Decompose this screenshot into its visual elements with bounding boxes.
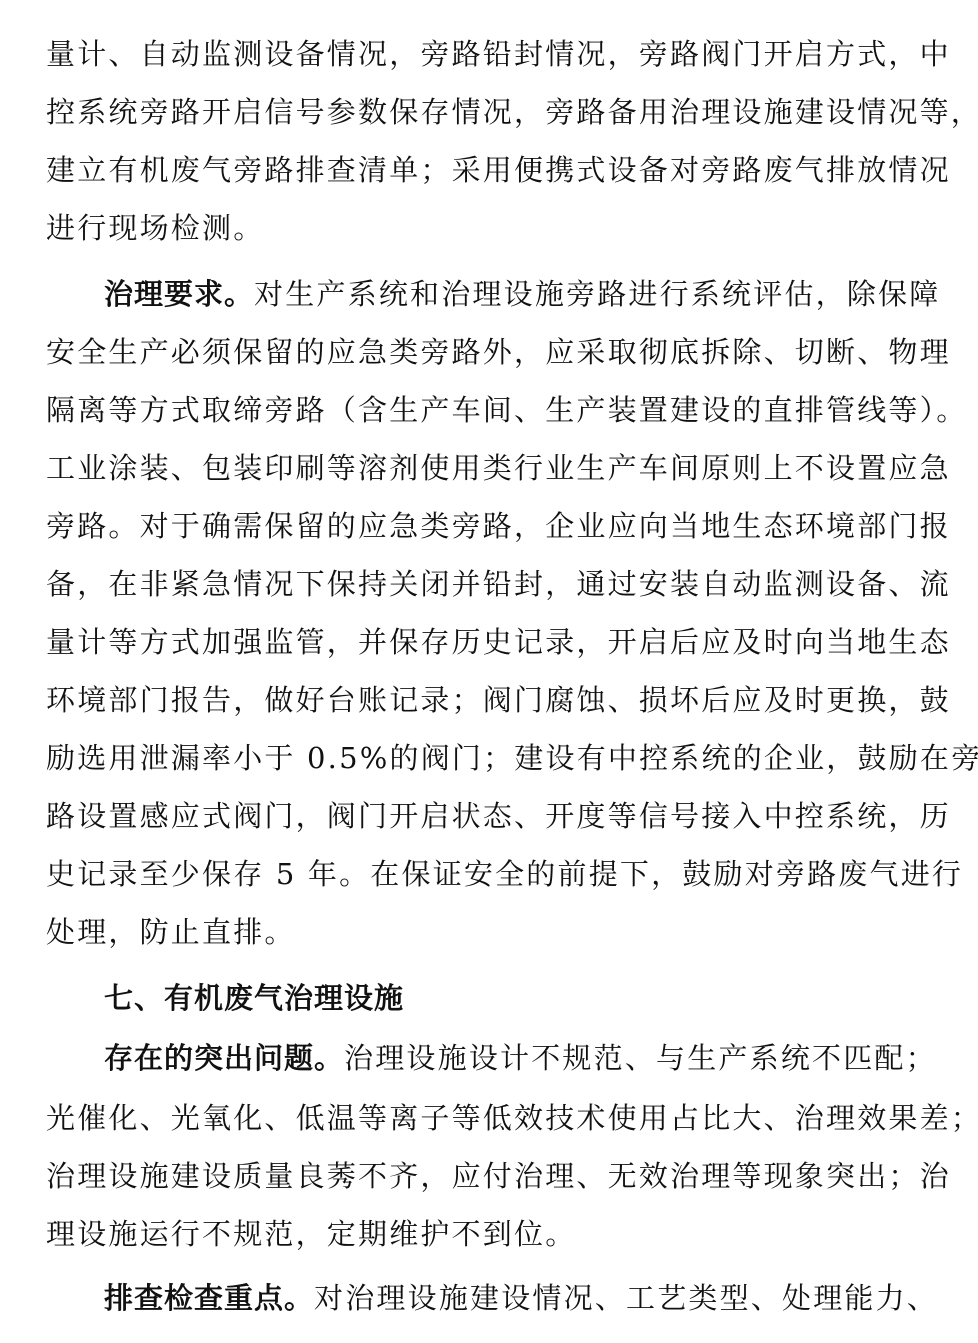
text-line: 进行现场检测。: [46, 208, 936, 248]
text-line: 处理，防止直排。: [46, 912, 936, 952]
paragraph-lead: 治理要求。: [104, 277, 254, 311]
section-heading: 七、有机废气治理设施: [104, 978, 936, 1018]
text-line: 励选用泄漏率小于 0.5%的阀门；建设有中控系统的企业，鼓励在旁: [46, 738, 936, 778]
text-line: 工业涂装、包装印刷等溶剂使用类行业生产车间原则上不设置应急: [46, 448, 936, 488]
paragraph-lead: 存在的突出问题。: [104, 1041, 344, 1075]
text-line: 治理设施建设质量良莠不齐，应付治理、无效治理等现象突出；治: [46, 1156, 936, 1196]
text-line: 路设置感应式阀门，阀门开启状态、开度等信号接入中控系统，历: [46, 796, 936, 836]
text-line: 环境部门报告，做好台账记录；阀门腐蚀、损坏后应及时更换，鼓: [46, 680, 936, 720]
text-line: 光催化、光氧化、低温等离子等低效技术使用占比大、治理效果差；: [46, 1098, 936, 1138]
paragraph-lead: 排查检查重点。: [104, 1281, 314, 1315]
text-line: 理设施运行不规范，定期维护不到位。: [46, 1214, 936, 1254]
text-line: 量计、自动监测设备情况，旁路铅封情况，旁路阀门开启方式，中: [46, 34, 936, 74]
text-line: 控系统旁路开启信号参数保存情况，旁路备用治理设施建设情况等，: [46, 92, 936, 132]
paragraph-first-line: 治理要求。对生产系统和治理设施旁路进行系统评估，除保障: [104, 274, 936, 314]
text-line: 隔离等方式取缔旁路（含生产车间、生产装置建设的直排管线等）。: [46, 390, 936, 430]
text-line: 建立有机废气旁路排查清单；采用便携式设备对旁路废气排放情况: [46, 150, 936, 190]
text-line: 安全生产必须保留的应急类旁路外，应采取彻底拆除、切断、物理: [46, 332, 936, 372]
text-line: 史记录至少保存 5 年。在保证安全的前提下，鼓励对旁路废气进行: [46, 854, 936, 894]
text-line: 旁路。对于确需保留的应急类旁路，企业应向当地生态环境部门报: [46, 506, 936, 546]
text-line: 备，在非紧急情况下保持关闭并铅封，通过安装自动监测设备、流: [46, 564, 936, 604]
paragraph-first-line: 排查检查重点。对治理设施建设情况、工艺类型、处理能力、: [104, 1278, 936, 1318]
text-span: 对生产系统和治理设施旁路进行系统评估，除保障: [254, 277, 940, 311]
paragraph-first-line: 存在的突出问题。治理设施设计不规范、与生产系统不匹配；: [104, 1038, 936, 1078]
text-line: 量计等方式加强监管，并保存历史记录，开启后应及时向当地生态: [46, 622, 936, 662]
text-span: 对治理设施建设情况、工艺类型、处理能力、: [314, 1281, 938, 1315]
text-span: 治理设施设计不规范、与生产系统不匹配；: [344, 1041, 937, 1075]
